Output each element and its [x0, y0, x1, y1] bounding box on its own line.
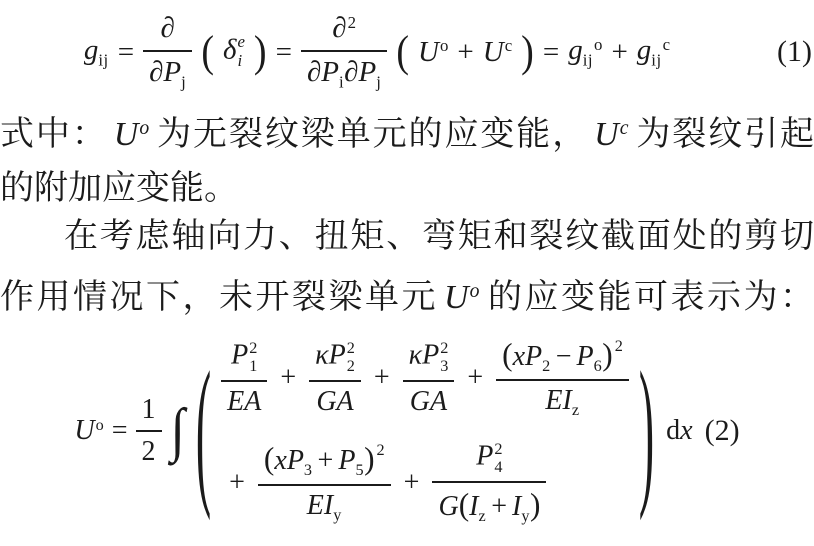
- eq2-integral-sign: ∫: [171, 401, 185, 461]
- eq2-t1-sup: 2: [249, 339, 257, 357]
- eq2-t5-EI-sub: y: [333, 506, 342, 524]
- eq1-open-paren-2: (: [396, 30, 409, 75]
- eq2-x: x: [680, 415, 692, 446]
- eq1-equals-1: =: [118, 36, 134, 69]
- eq2-t6-sub: 4: [494, 458, 502, 476]
- inline-U-o-2-base: U: [444, 279, 469, 316]
- eq2-t2-kappa: κ: [315, 340, 328, 371]
- eq1-U1-base: U: [418, 36, 439, 68]
- para2-tail-text: 的应变能可表示为：: [485, 279, 814, 316]
- eq2-t6-Iy-sub: y: [521, 507, 530, 525]
- eq2-t6-scripts: 24: [494, 440, 502, 476]
- para1-mid-text: 为无裂纹梁单元的应变能，: [155, 116, 588, 153]
- eq2-t5-num: (xP3+P5)2: [258, 440, 391, 486]
- eq2-t4-P2-sub: 2: [542, 357, 551, 375]
- eq2-term-kP2-GA: κP22 GA: [309, 338, 361, 419]
- eq1-U1-sup: o: [440, 36, 448, 55]
- eq2-t4-P6-sub: 6: [594, 357, 603, 375]
- eq1-g2-base: g: [568, 34, 583, 66]
- paragraph-1-line-1: 式中：Uo为无裂纹梁单元的应变能，Uc为裂纹引起: [0, 101, 814, 162]
- eq1-g-ij: gij: [84, 34, 109, 70]
- eq2-t1-num: P21: [221, 338, 267, 381]
- eq1-g3-sup: c: [663, 35, 670, 54]
- inline-U-c-sup: c: [620, 117, 629, 139]
- eq1-g3-sub: ij: [651, 50, 661, 69]
- eq2-term-xP2-P6-EIz: (xP2−P6)2 EIz: [496, 336, 629, 422]
- eq2-t4-open-paren: (: [502, 337, 512, 372]
- paper-page: gij = ∂ ∂Pj ( δei ) = ∂2 ∂Pi∂Pj ( Uo + U…: [0, 0, 814, 546]
- eq1-frac1-dP-sub: j: [181, 72, 186, 91]
- eq1-g3-base: g: [637, 34, 652, 66]
- eq1-equals-3: =: [543, 36, 559, 69]
- eq2-t1-P: P: [231, 340, 248, 371]
- eq2-t6-Iy: I: [512, 491, 521, 522]
- eq2-t4-den: EIz: [539, 381, 585, 421]
- eq1-g2-sup: o: [594, 35, 602, 54]
- paragraph-2-line-2: 作用情况下，未开裂梁单元Uo的应变能可表示为：: [0, 264, 814, 325]
- eq2-t3-num: κP23: [403, 338, 455, 381]
- equation-2-number: (2): [705, 414, 740, 448]
- eq2-t4-x: x: [513, 341, 525, 372]
- eq2-t2-P: P: [329, 340, 346, 371]
- eq1-g-sub: ij: [98, 50, 108, 69]
- eq1-close-paren-1: ): [254, 30, 267, 75]
- para1-lead-text: 式中：: [0, 116, 108, 153]
- eq2-t5-P3: P: [287, 445, 304, 476]
- inline-U-o-2: Uo: [444, 279, 479, 316]
- eq1-frac2-numerator: ∂2: [301, 11, 387, 51]
- eq2-row1-plus-1: +: [280, 362, 296, 394]
- eq2-t1-den: EA: [221, 382, 267, 419]
- eq2-t6-sup: 2: [494, 440, 502, 458]
- eq2-t2-scripts: 22: [347, 339, 355, 375]
- eq2-row2-plus-0: +: [229, 467, 245, 499]
- eq2-t1-EA: EA: [227, 386, 261, 417]
- eq2-t5-EI: EI: [307, 490, 333, 521]
- eq1-frac2-denominator: ∂Pi∂Pj: [301, 52, 387, 93]
- eq2-big-close-paren: ): [639, 348, 654, 514]
- eq2-t2-num: κP22: [309, 338, 361, 381]
- eq1-frac2-sup: 2: [348, 13, 356, 32]
- eq2-t4-close-paren: ): [602, 337, 612, 372]
- inline-U-o: Uo: [114, 116, 149, 153]
- eq1-U2-sup: c: [505, 36, 512, 55]
- eq2-term-xP3-P5-EIy: (xP3+P5)2 EIy: [258, 440, 391, 526]
- eq2-row-1: P21 EA + κP22 GA + κP23 GA + (xP: [221, 336, 629, 422]
- eq2-t4-minus: −: [556, 341, 572, 372]
- para1-tail-text: 为裂纹引起: [634, 116, 814, 153]
- eq2-t5-squared: 2: [377, 441, 385, 459]
- eq2-term-P4-GIzIy: P24 G(Iz+Iy): [432, 439, 546, 526]
- eq2-t5-P5-sub: 5: [355, 461, 364, 479]
- eq1-g-ij-c: gijc: [637, 34, 670, 70]
- eq2-t5-plus: +: [318, 445, 334, 476]
- eq1-delta-scripts: ei: [237, 33, 244, 71]
- eq2-t4-P6: P: [577, 341, 594, 372]
- eq2-t6-plus: +: [491, 491, 507, 522]
- eq2-t1-scripts: 21: [249, 339, 257, 375]
- eq2-term-P1-EA: P21 EA: [221, 338, 267, 419]
- inline-U-o-2-sup: o: [470, 280, 480, 302]
- eq1-equals-2: =: [276, 36, 292, 69]
- eq2-terms-block: P21 EA + κP22 GA + κP23 GA + (xP: [221, 336, 629, 527]
- eq2-t4-EI: EI: [545, 385, 571, 416]
- para2-lead-text: 作用情况下，未开裂梁单元: [0, 279, 438, 316]
- eq2-t6-num: P24: [432, 439, 546, 482]
- eq2-t5-close-paren: ): [364, 441, 374, 476]
- eq2-t2-sup: 2: [347, 339, 355, 357]
- eq2-t6-P: P: [476, 441, 493, 472]
- equation-1-number: (1): [777, 35, 812, 69]
- eq2-t3-sub: 3: [440, 357, 448, 375]
- eq1-U-c: Uc: [483, 36, 512, 69]
- paragraph-1-line-2: 的附加应变能。: [0, 162, 814, 216]
- eq2-row2-plus-1: +: [404, 467, 420, 499]
- eq2-term-kP3-GA: κP23 GA: [403, 338, 455, 419]
- eq2-t1-sub: 1: [249, 357, 257, 375]
- eq2-t3-sup: 2: [440, 339, 448, 357]
- eq2-t3-GA: GA: [410, 386, 447, 417]
- eq2-d: d: [666, 415, 680, 446]
- eq1-frac2-partial: ∂: [332, 12, 346, 44]
- eq2-row-2: + (xP3+P5)2 EIy + P24 G(Iz+Iy): [221, 439, 546, 526]
- eq2-dx: dx: [666, 415, 692, 447]
- equation-2: Uo = 1 2 ∫ ( P21 EA + κP22 GA: [0, 318, 814, 544]
- eq2-t6-open-paren: (: [459, 487, 469, 522]
- eq1-g-ij-o: gijo: [568, 34, 602, 70]
- eq2-one-half-fraction: 1 2: [136, 393, 162, 469]
- eq2-t6-den: G(Iz+Iy): [432, 483, 546, 527]
- eq2-t6-G: G: [438, 491, 458, 522]
- eq2-t6-Iz-sub: z: [478, 507, 486, 525]
- eq2-half-num: 1: [136, 393, 162, 432]
- eq2-t6-close-paren: ): [530, 487, 540, 522]
- inline-U-o-base: U: [114, 116, 139, 153]
- eq2-U-o: Uo: [74, 415, 103, 447]
- eq2-U-sup: o: [96, 416, 104, 434]
- eq2-t4-squared: 2: [615, 337, 623, 355]
- eq2-row1-plus-2: +: [374, 362, 390, 394]
- eq1-frac1-denominator: ∂Pj: [143, 52, 192, 93]
- eq2-t3-P: P: [422, 340, 439, 371]
- eq2-t3-scripts: 23: [440, 339, 448, 375]
- eq2-t5-open-paren: (: [264, 441, 274, 476]
- eq1-frac1-dP: ∂P: [149, 56, 181, 88]
- eq1-delta-base: δ: [223, 34, 236, 66]
- eq1-plus-2: +: [611, 36, 627, 69]
- eq2-t5-P3-sub: 3: [304, 461, 313, 479]
- eq2-half-den-text: 2: [142, 436, 156, 467]
- eq1-frac2-dP-j-sub: j: [376, 72, 381, 91]
- eq2-big-open-paren: (: [196, 348, 211, 514]
- eq2-t4-EI-sub: z: [572, 402, 580, 420]
- paragraph-context: 在考虑轴向力、扭矩、弯矩和裂纹截面处的剪切 作用情况下，未开裂梁单元Uo的应变能…: [0, 210, 814, 325]
- eq1-open-paren-1: (: [201, 30, 214, 75]
- eq2-t5-x: x: [274, 445, 286, 476]
- eq2-t2-den: GA: [310, 382, 359, 419]
- equation-1: gij = ∂ ∂Pj ( δei ) = ∂2 ∂Pi∂Pj ( Uo + U…: [0, 2, 814, 102]
- eq1-frac1-partial: ∂: [161, 12, 175, 44]
- inline-U-c-base: U: [594, 116, 619, 153]
- eq2-t2-GA: GA: [316, 386, 353, 417]
- eq1-frac2-dP-j: ∂P: [344, 56, 376, 88]
- eq2-t3-den: GA: [404, 382, 453, 419]
- paragraph-2-line-1: 在考虑轴向力、扭矩、弯矩和裂纹截面处的剪切: [0, 210, 814, 264]
- eq2-U-base: U: [74, 415, 94, 446]
- eq2-equals: =: [112, 415, 128, 447]
- eq2-half-den: 2: [136, 432, 162, 469]
- paragraph-definitions: 式中：Uo为无裂纹梁单元的应变能，Uc为裂纹引起 的附加应变能。: [0, 101, 814, 216]
- eq1-delta-term: δei: [223, 33, 245, 71]
- eq1-delta-sup: e: [237, 33, 244, 52]
- eq1-delta-sub: i: [237, 52, 242, 71]
- eq2-t2-sub: 2: [347, 357, 355, 375]
- eq1-g2-sub: ij: [583, 50, 593, 69]
- eq2-t4-P2: P: [525, 341, 542, 372]
- eq1-partial-fraction-2: ∂2 ∂Pi∂Pj: [301, 11, 387, 92]
- inline-U-c: Uc: [594, 116, 628, 153]
- eq1-g-base: g: [84, 34, 99, 66]
- inline-U-o-sup: o: [139, 117, 149, 139]
- eq2-t5-P5: P: [338, 445, 355, 476]
- eq2-t4-num: (xP2−P6)2: [496, 336, 629, 382]
- eq1-U-o: Uo: [418, 36, 448, 69]
- eq1-close-paren-2: ): [521, 30, 534, 75]
- eq1-partial-fraction-1: ∂ ∂Pj: [143, 11, 192, 92]
- eq2-half-num-text: 1: [142, 394, 156, 425]
- eq1-frac2-dP-i: ∂P: [307, 56, 339, 88]
- equation-2-body: Uo = 1 2 ∫ ( P21 EA + κP22 GA: [0, 318, 814, 544]
- eq2-row1-plus-3: +: [467, 362, 483, 394]
- eq1-U2-base: U: [483, 36, 504, 68]
- eq1-frac1-numerator: ∂: [143, 11, 192, 51]
- eq2-t5-den: EIy: [301, 486, 348, 526]
- equation-1-body: gij = ∂ ∂Pj ( δei ) = ∂2 ∂Pi∂Pj ( Uo + U…: [0, 2, 814, 102]
- eq2-t3-kappa: κ: [409, 340, 422, 371]
- eq1-plus-1: +: [457, 36, 473, 69]
